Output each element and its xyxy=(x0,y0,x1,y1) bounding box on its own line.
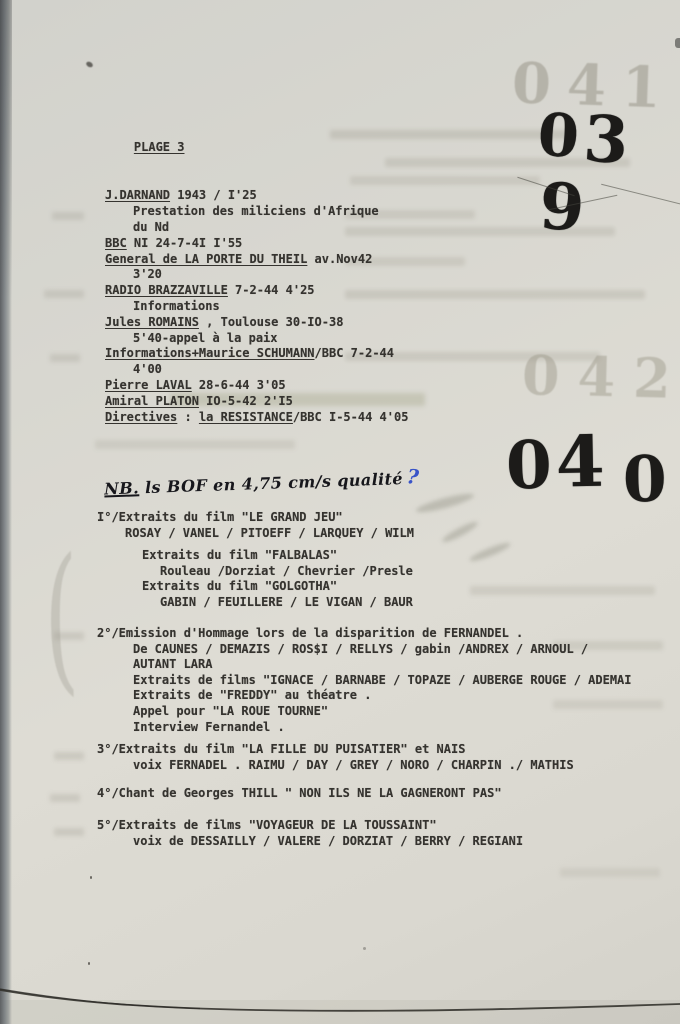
ghost-margin-mark xyxy=(54,752,84,760)
pencil-smudge xyxy=(440,519,479,545)
ghost-margin-mark xyxy=(50,794,80,802)
scanned-document-page: 041 042 ( 039 040 PLAGE 3 J.DARNAND 1943… xyxy=(0,0,680,1024)
text-segment: GABIN / FEUILLERE / LE VIGAN / BAUR xyxy=(160,595,413,609)
underlined-segment: Informations+Maurice SCHUMANN xyxy=(105,346,315,360)
typed-line: GABIN / FEUILLERE / LE VIGAN / BAUR xyxy=(160,595,414,611)
dust-speck xyxy=(88,962,90,965)
page-bottom-edge-line xyxy=(0,980,680,1024)
archive-stamp-040: 040 xyxy=(505,427,671,500)
typed-line: voix de DESSAILLY / VALERE / DORZIAT / B… xyxy=(133,834,523,850)
typed-line: Jules ROMAINS , Toulouse 30-IO-38 xyxy=(105,315,408,331)
typed-line: Prestation des miliciens d'Afrique xyxy=(133,204,408,220)
typed-line: RADIO BRAZZAVILLE 7-2-44 4'25 xyxy=(105,283,408,299)
text-segment: 4°/Chant de Georges THILL " NON ILS NE L… xyxy=(97,786,502,800)
ghost-margin-mark xyxy=(44,290,84,298)
archive-stamp-039: 039 xyxy=(532,102,680,239)
text-segment: Extraits de films "IGNACE / BARNABE / TO… xyxy=(133,673,632,687)
program-section-5: 5°/Extraits de films "VOYAGEUR DE LA TOU… xyxy=(97,818,523,849)
text-segment: 1943 / I'25 xyxy=(170,188,257,202)
typed-line: Directives : la RESISTANCE/BBC I-5-44 4'… xyxy=(105,410,408,426)
underlined-segment: RADIO BRAZZAVILLE xyxy=(105,283,228,297)
ghost-margin-mark xyxy=(54,828,84,836)
dust-speck xyxy=(363,947,366,950)
text-segment: voix de DESSAILLY / VALERE / DORZIAT / B… xyxy=(133,834,523,848)
typed-line: Interview Fernandel . xyxy=(133,720,632,736)
text-segment: Prestation des miliciens d'Afrique xyxy=(133,204,379,218)
text-segment: 7-2-44 4'25 xyxy=(228,283,315,297)
text-segment: ROSAY / VANEL / PITOEFF / LARQUEY / WILM xyxy=(125,526,414,540)
typed-line: Informations xyxy=(133,299,408,315)
underlined-segment: la RESISTANCE xyxy=(199,410,293,424)
handwritten-note: NB. ls BOF en 4,75 cm/s qualité? xyxy=(104,465,420,500)
typed-line: BBC NI 24-7-4I I'55 xyxy=(105,236,408,252)
typed-line: voix FERNADEL . RAIMU / DAY / GREY / NOR… xyxy=(133,758,574,774)
typed-line: I°/Extraits du film "LE GRAND JEU" xyxy=(97,510,414,526)
stamp-digit: 0 xyxy=(505,433,556,500)
typed-line: Informations+Maurice SCHUMANN/BBC 7-2-44 xyxy=(105,346,408,362)
underlined-segment: Pierre LAVAL xyxy=(105,378,192,392)
stamp-digit: 0 xyxy=(536,106,585,168)
underlined-segment: Directives xyxy=(105,410,177,424)
typed-line: Amiral PLATON IO-5-42 2'I5 xyxy=(105,394,408,410)
typed-line: 4'00 xyxy=(133,362,408,378)
typed-line: 4°/Chant de Georges THILL " NON ILS NE L… xyxy=(97,786,502,802)
ghost-parenthesis-mark: ( xyxy=(43,537,80,699)
underlined-segment: General de LA PORTE DU THEIL xyxy=(105,252,307,266)
plage3-block: PLAGE 3 J.DARNAND 1943 / I'25Prestation … xyxy=(105,124,408,457)
text-segment: Extraits du film "GOLGOTHA" xyxy=(142,579,337,593)
page-title: PLAGE 3 xyxy=(134,140,185,156)
text-segment: av.Nov42 xyxy=(307,252,372,266)
text-segment: du Nd xyxy=(133,220,169,234)
underlined-segment: J.DARNAND xyxy=(105,188,170,202)
note-body: ls BOF en 4,75 cm/s qualité xyxy=(139,469,404,497)
program-section-4: 4°/Chant de Georges THILL " NON ILS NE L… xyxy=(97,786,502,802)
text-segment: IO-5-42 2'I5 xyxy=(199,394,293,408)
text-segment: , Toulouse 30-IO-38 xyxy=(199,315,344,329)
text-segment: /BBC I-5-44 4'05 xyxy=(293,410,409,424)
text-segment: 2°/Emission d'Hommage lors de la dispari… xyxy=(97,626,523,640)
typed-line: AUTANT LARA xyxy=(133,657,632,673)
typed-line: 5°/Extraits de films "VOYAGEUR DE LA TOU… xyxy=(97,818,523,834)
underlined-segment: Amiral PLATON xyxy=(105,394,199,408)
underlined-segment: BBC xyxy=(105,236,127,250)
text-segment: voix FERNADEL . RAIMU / DAY / GREY / NOR… xyxy=(133,758,574,772)
program-section-1: I°/Extraits du film "LE GRAND JEU"ROSAY … xyxy=(97,510,414,611)
typed-line: Extraits du film "GOLGOTHA" xyxy=(142,579,414,595)
pencil-smudge xyxy=(468,540,512,564)
typed-line: du Nd xyxy=(133,220,408,236)
stamp-digit: 4 xyxy=(555,427,609,498)
ghost-margin-mark xyxy=(54,632,84,640)
text-segment: 4'00 xyxy=(133,362,162,376)
typed-line: Extraits de "FREDDY" au théatre . xyxy=(133,688,632,704)
typed-line: 2°/Emission d'Hommage lors de la dispari… xyxy=(97,626,632,642)
text-segment: 28-6-44 3'05 xyxy=(192,378,286,392)
typed-line: 3°/Extraits du film "LA FILLE DU PUISATI… xyxy=(97,742,574,758)
text-segment: 3°/Extraits du film "LA FILLE DU PUISATI… xyxy=(97,742,465,756)
text-segment: Interview Fernandel . xyxy=(133,720,285,734)
stamp-digit: 0 xyxy=(622,448,671,512)
program-section-2: 2°/Emission d'Hommage lors de la dispari… xyxy=(97,626,632,735)
note-question-mark: ? xyxy=(406,464,421,489)
text-segment: De CAUNES / DEMAZIS / ROS$I / RELLYS / g… xyxy=(133,642,588,656)
right-edge-mark xyxy=(675,38,680,48)
ghost-margin-mark xyxy=(50,354,80,362)
dust-speck xyxy=(85,61,94,69)
text-segment: 5'40-appel à la paix xyxy=(133,331,278,345)
text-segment: : xyxy=(177,410,199,424)
plage3-entry-list: J.DARNAND 1943 / I'25Prestation des mili… xyxy=(105,188,408,425)
program-section-3: 3°/Extraits du film "LA FILLE DU PUISATI… xyxy=(97,742,574,773)
ghost-margin-mark xyxy=(52,212,84,220)
typed-line: Extraits de films "IGNACE / BARNABE / TO… xyxy=(133,673,632,689)
typed-line: Extraits du film "FALBALAS" xyxy=(142,548,414,564)
page-left-edge-dark-top xyxy=(0,0,12,300)
dust-speck xyxy=(90,876,92,879)
text-segment: Informations xyxy=(133,299,220,313)
text-segment: I°/Extraits du film "LE GRAND JEU" xyxy=(97,510,343,524)
ghost-bleedthrough-line xyxy=(470,586,655,595)
typed-line: General de LA PORTE DU THEIL av.Nov42 xyxy=(105,252,408,268)
typed-line: ROSAY / VANEL / PITOEFF / LARQUEY / WILM xyxy=(125,526,414,542)
ghost-bleedthrough-line xyxy=(560,868,660,877)
text-segment: Extraits de "FREDDY" au théatre . xyxy=(133,688,371,702)
typed-line: De CAUNES / DEMAZIS / ROS$I / RELLYS / g… xyxy=(133,642,632,658)
typed-line: Pierre LAVAL 28-6-44 3'05 xyxy=(105,378,408,394)
underlined-segment: Jules ROMAINS xyxy=(105,315,199,329)
text-segment: 3'20 xyxy=(133,267,162,281)
typed-line: 5'40-appel à la paix xyxy=(133,331,408,347)
note-nb-label: NB. xyxy=(104,478,140,498)
text-segment: /BBC 7-2-44 xyxy=(315,346,394,360)
text-segment: Extraits du film "FALBALAS" xyxy=(142,548,337,562)
text-segment: AUTANT LARA xyxy=(133,657,212,671)
typed-line: 3'20 xyxy=(133,267,408,283)
stamp-digit: 3 xyxy=(582,108,635,175)
text-segment: NI 24-7-4I I'55 xyxy=(127,236,243,250)
pencil-smudge xyxy=(415,490,476,515)
text-segment: Appel pour "LA ROUE TOURNE" xyxy=(133,704,328,718)
typed-line: Rouleau /Dorziat / Chevrier /Presle xyxy=(160,564,414,580)
typed-line: Appel pour "LA ROUE TOURNE" xyxy=(133,704,632,720)
text-segment: Rouleau /Dorziat / Chevrier /Presle xyxy=(160,564,413,578)
text-segment: 5°/Extraits de films "VOYAGEUR DE LA TOU… xyxy=(97,818,437,832)
typed-line: J.DARNAND 1943 / I'25 xyxy=(105,188,408,204)
